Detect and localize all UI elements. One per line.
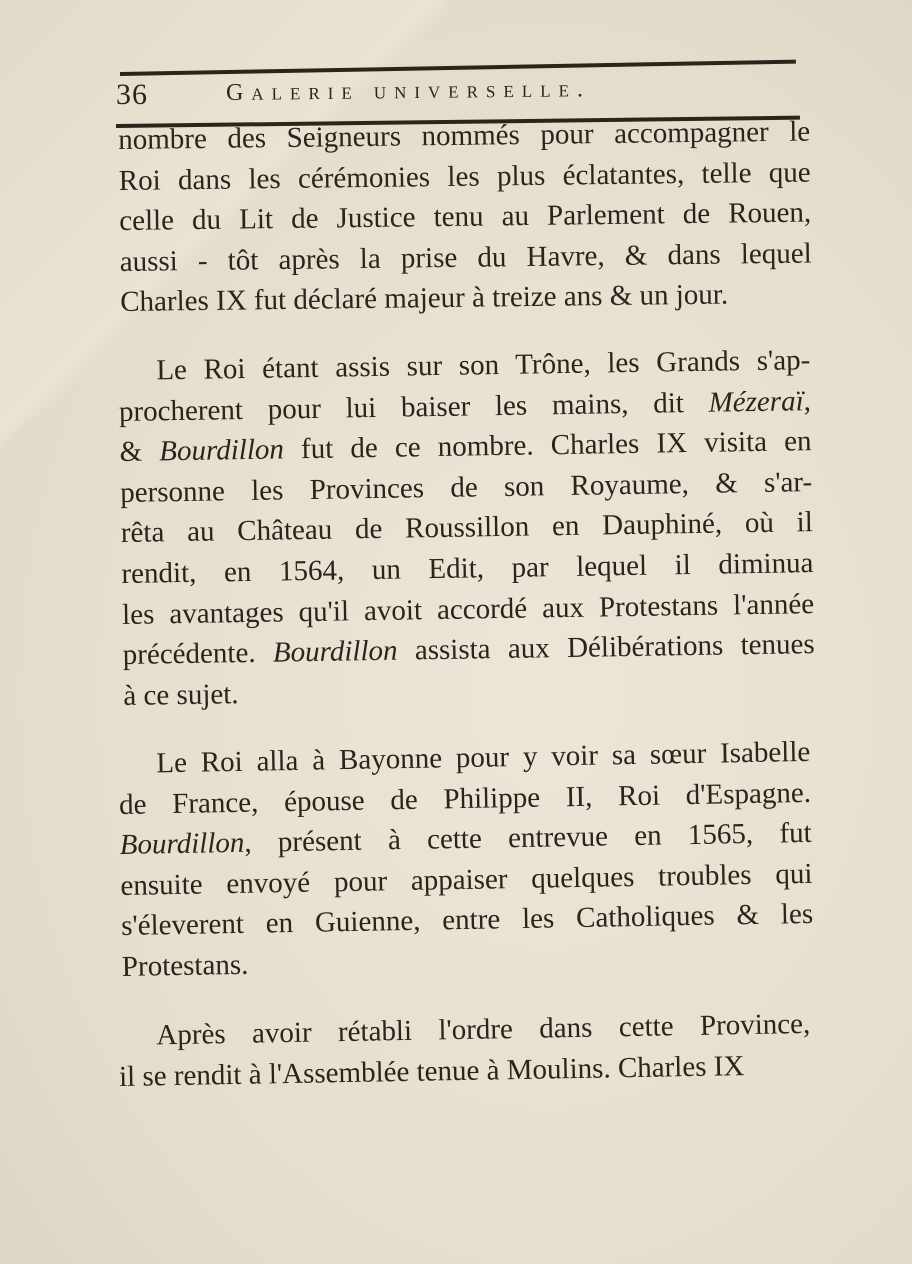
running-title: Galerie universelle. [226, 76, 591, 107]
paragraph-3: Le Roi alla à Bayonne pour y voir sa sœu… [118, 732, 814, 988]
text-line: Charles IX fut déclaré majeur à treize a… [120, 274, 812, 323]
body-text: nombre des Seigneurs nommés pour accompa… [118, 120, 810, 1097]
paragraph-4: Après avoir rétabli l'ordre dans cette P… [118, 1004, 811, 1097]
paragraph-1: nombre des Seigneurs nommés pour accompa… [118, 112, 812, 323]
page-number: 36 [116, 78, 148, 112]
header-rule-top [120, 60, 796, 76]
paragraph-2: Le Roi étant assis sur son Trône, les Gr… [118, 340, 816, 716]
book-page: 36 Galerie universelle. nombre des Seign… [0, 0, 912, 1264]
